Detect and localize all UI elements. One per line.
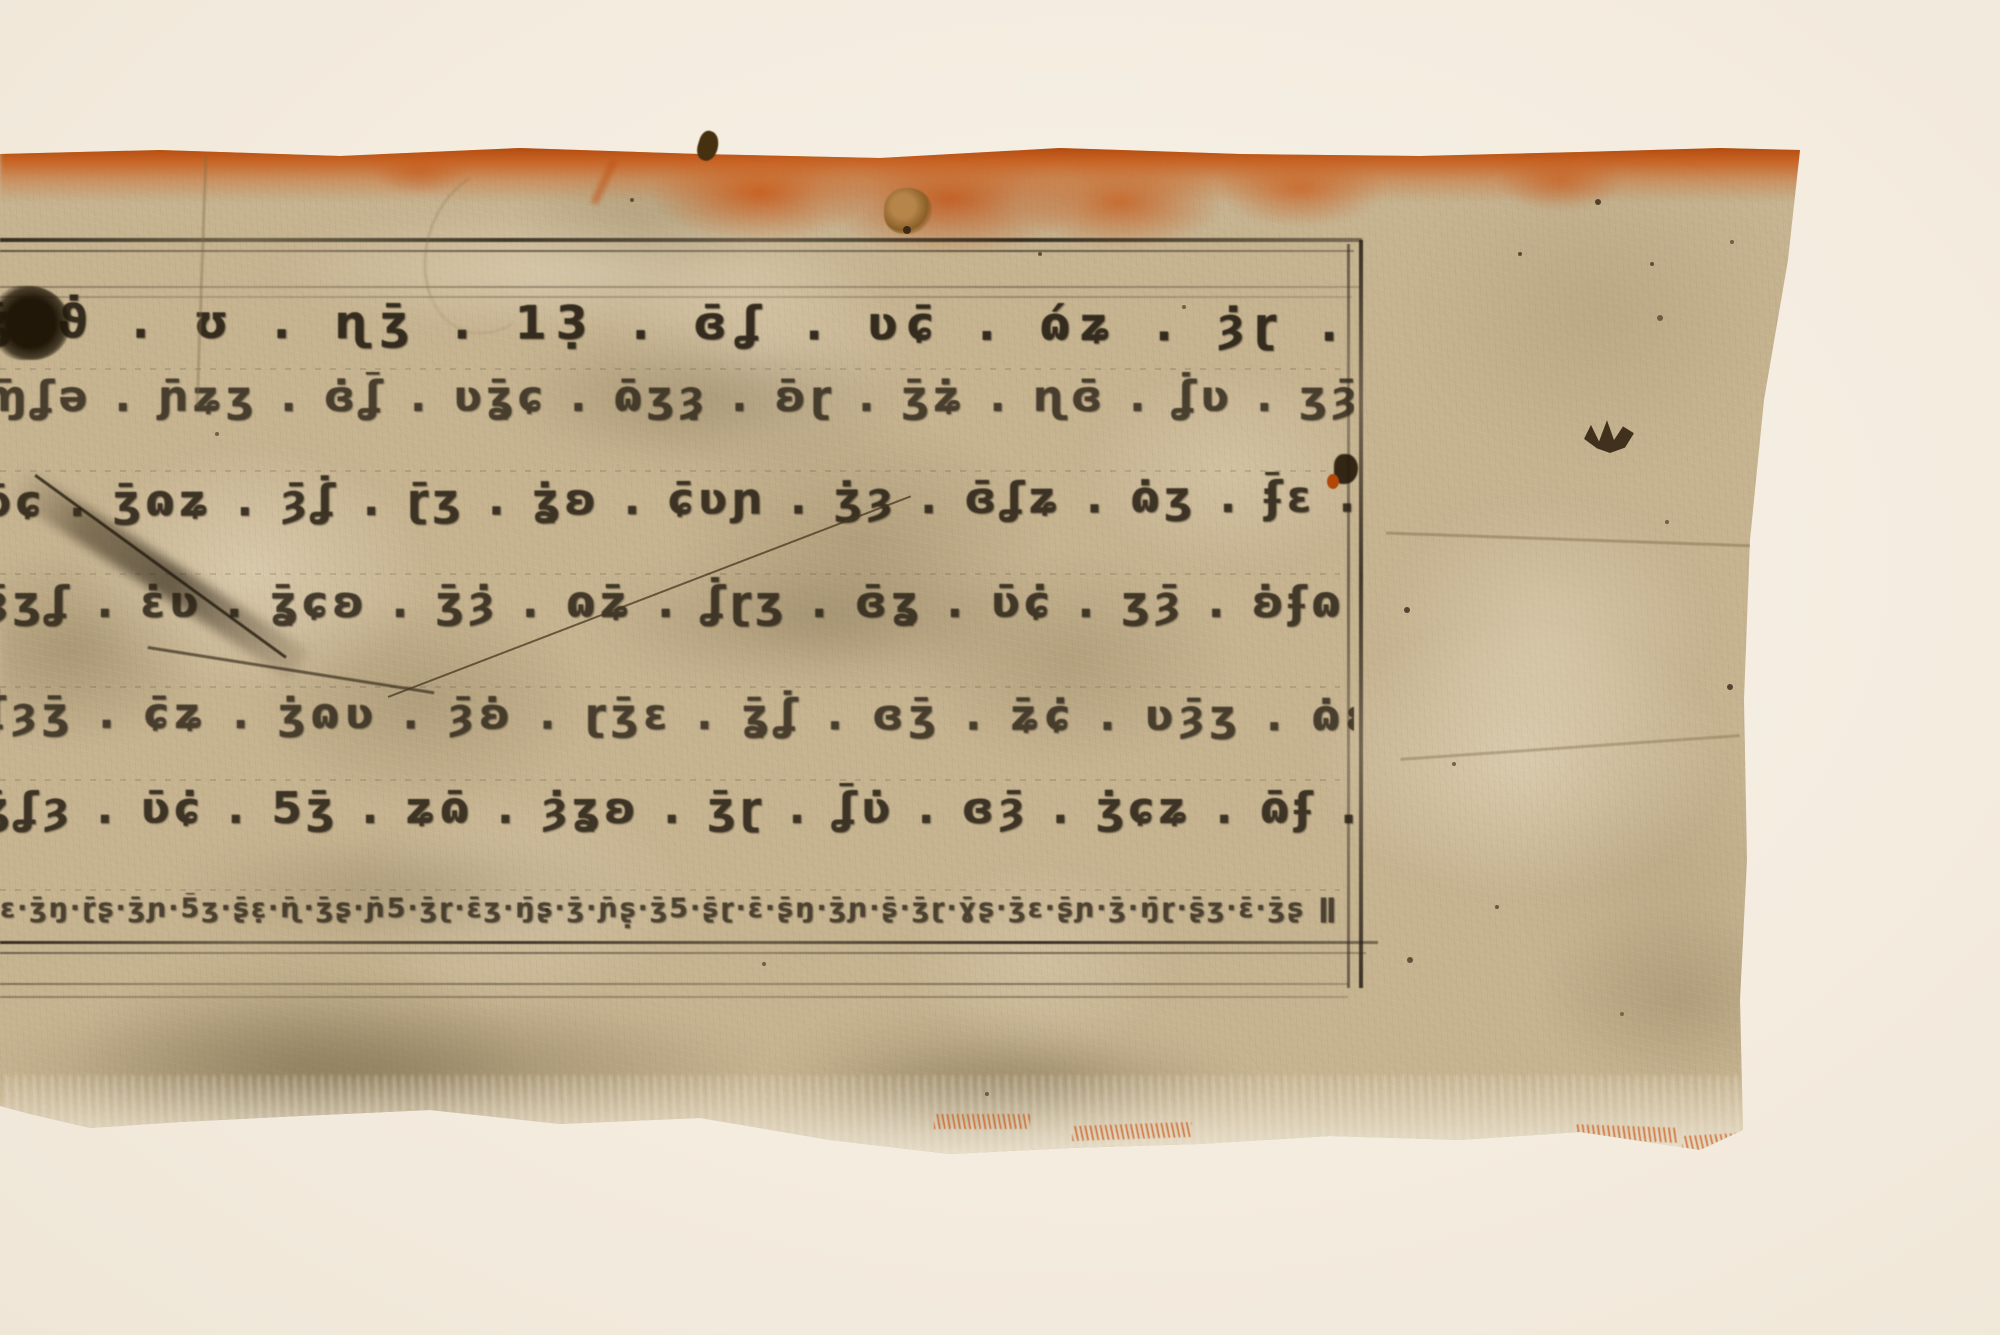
dark-specks: [0, 140, 4, 144]
text-line-6: ʒ̄ʆȝ . ʋ̄ɕ̇ . 5ʒ̄ . ʑɷ̄ . ȝ̇ʓʚ . ʒ̄ɽ . ʆ…: [0, 783, 1354, 869]
manuscript-leaf: ʒ̄ȝϑ̇ . ʊ . ɳʒ̄ . 13̣ . ɞ̄ʆ . ʋɕ̄ . ɷ́ʑ …: [0, 140, 1810, 1170]
orange-fiber-tuft: [934, 1114, 1030, 1129]
impressed-guideline: [0, 779, 1340, 781]
impressed-guideline: [0, 889, 1340, 891]
text-line-1: ʒ̄ȝϑ̇ . ʊ . ɳʒ̄ . 13̣ . ɞ̄ʆ . ʋɕ̄ . ɷ́ʑ …: [0, 294, 1354, 384]
text-line-7-tibetan: ʂ̄ɛ·ʒ̄ŋ·ɽ̄ʂ·ʒ̄ɲ·5̄ʒ·ʂ̄ɛ̣·ɳ̄·ʒ̄ʂ·ɲ̄5·ʒ̄ɽ·…: [0, 893, 1342, 939]
text-line-2: ɱ̄ʆə . ɲ̄ʑʒ . ɞ̇ʆ̄ . ʋʓ̄ɕ . ɷ̄ʒȝ̣ . ʚ̄ɽ …: [0, 372, 1354, 458]
ruled-guideline: [0, 286, 1360, 288]
text-line-5: ʆ̇ȝʒ̄ . ɕ̄ʑ . ʒ̇ɷʋ . ȝ̄ʚ̇ . ɽʒ̄ɛ . ʓ̄ʆ̇ …: [0, 689, 1354, 778]
frayed-bottom-fibers: [0, 1075, 1810, 1170]
frame-right-outer-rule: [1359, 240, 1363, 988]
shaded-patch: [1540, 740, 1800, 1040]
orange-fiber-tuft: [1574, 1124, 1678, 1143]
lower-double-rule: [0, 996, 1348, 998]
frame-top-outer-rule: [0, 238, 1362, 242]
lower-double-rule: [0, 983, 1348, 985]
shaded-patch: [1420, 160, 1780, 460]
impressed-guideline: [0, 573, 1340, 575]
frame-bottom-inner-rule: [0, 952, 1366, 954]
orange-fiber-tuft: [1682, 1132, 1759, 1151]
text-line-3: ʋ̄ɕ . ʒ̄ɷʑ . ȝ̄ʆ̇ . ɽ̄ʒ . ʓ̇ʚ . ɕ̄ʋɲ . ʒ…: [0, 472, 1354, 563]
orange-fleck: [1327, 474, 1339, 489]
manuscript-photograph: ʒ̄ȝϑ̇ . ʊ . ɳʒ̄ . 13̣ . ɞ̄ʆ . ʋɕ̄ . ɷ́ʑ …: [0, 0, 2000, 1335]
frame-bottom-outer-rule: [0, 941, 1378, 944]
impressed-guideline: [0, 470, 1340, 472]
impressed-guideline: [0, 686, 1340, 688]
